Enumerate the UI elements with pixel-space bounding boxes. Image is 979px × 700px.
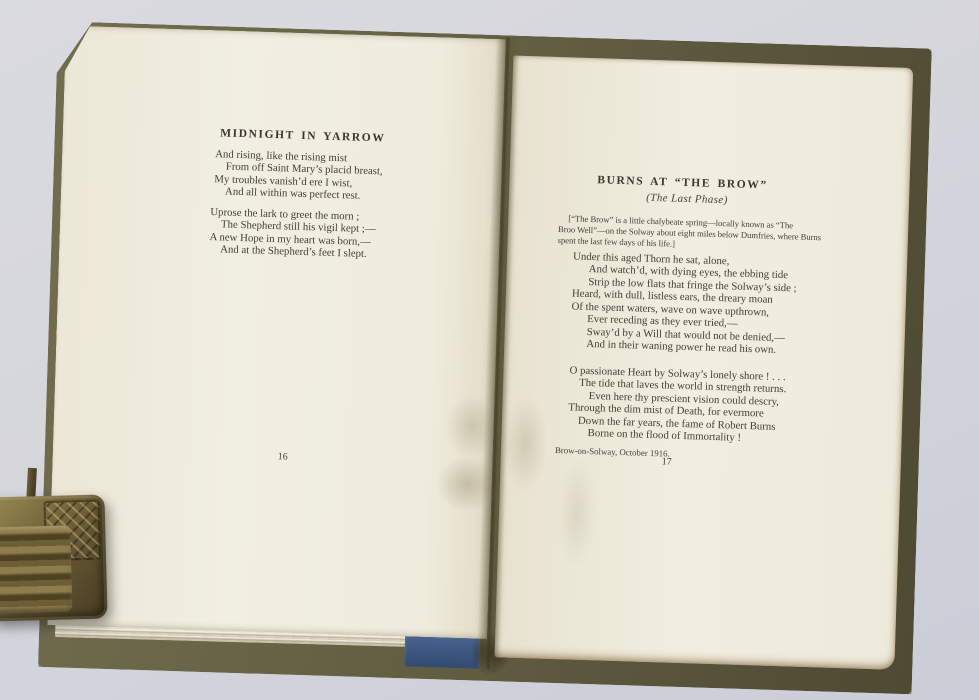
right-page-title: BURNS AT “THE BROW” [582,174,782,192]
right-page-number: 17 [647,456,687,468]
foxing-stain [502,395,549,492]
left-page-title: MIDNIGHT IN YARROW [203,127,403,145]
brass-clasp [0,494,108,621]
right-page-subtitle: (The Last Phase) [587,190,787,208]
editorial-note: [“The Brow” is a little chalybeate sprin… [557,213,821,254]
right-poem-stanza-1: Under this aged Thorn he sat, alone, And… [570,250,797,357]
left-page: MIDNIGHT IN YARROW And rising, like the … [47,25,506,639]
open-book: MIDNIGHT IN YARROW And rising, like the … [64,30,915,678]
right-page: BURNS AT “THE BROW” (The Last Phase) [“T… [495,56,914,670]
right-poem-stanza-2: O passionate Heart by Solway’s lonely sh… [567,364,786,446]
clasp-ridges [0,525,72,613]
left-page-number: 16 [263,451,303,463]
left-poem-stanza-1: And rising, like the rising mist From of… [214,148,383,203]
left-poem-stanza-2: Uprose the lark to greet the morn ; The … [209,206,376,261]
foxing-stain [555,457,598,568]
photo-stage: MIDNIGHT IN YARROW And rising, like the … [0,0,979,700]
